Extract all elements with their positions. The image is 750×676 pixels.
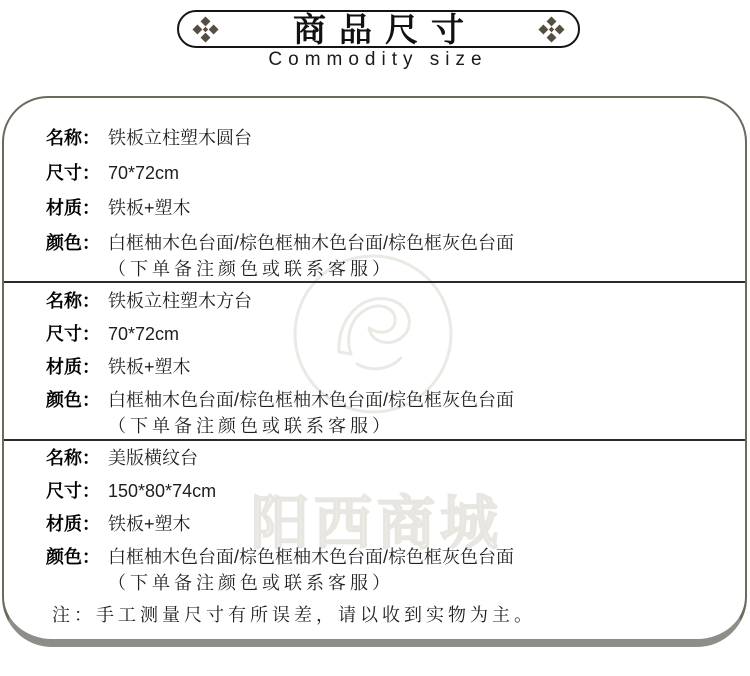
spec-row-name: 名称： 铁板立柱塑木方台 bbox=[46, 289, 727, 314]
color-note: （下单备注颜色或联系客服） bbox=[108, 414, 514, 439]
spec-row-material: 材质： 铁板+塑木 bbox=[46, 355, 727, 380]
spec-label: 颜色： bbox=[46, 231, 108, 256]
spec-section-3: 名称： 美版横纹台 尺寸： 150*80*74cm 材质： 铁板+塑木 颜色： … bbox=[4, 441, 745, 596]
spec-row-color: 颜色： 白框柚木色台面/棕色框柚木色台面/棕色框灰色台面 （下单备注颜色或联系客… bbox=[46, 231, 727, 282]
header-pill: 商品尺寸 bbox=[177, 10, 580, 48]
spec-label: 名称： bbox=[46, 126, 108, 151]
spec-row-size: 尺寸： 150*80*74cm bbox=[46, 479, 727, 504]
spec-value: 铁板+塑木 bbox=[108, 196, 191, 221]
spec-row-color: 颜色： 白框柚木色台面/棕色框柚木色台面/棕色框灰色台面 （下单备注颜色或联系客… bbox=[46, 388, 727, 439]
spec-value-group: 白框柚木色台面/棕色框柚木色台面/棕色框灰色台面 （下单备注颜色或联系客服） bbox=[108, 545, 514, 596]
spec-value: 150*80*74cm bbox=[108, 479, 216, 504]
spec-panel: 阳西商城 名称： 铁板立柱塑木圆台 尺寸： 70*72cm 材质： 铁板+塑木 … bbox=[2, 96, 747, 647]
spec-label: 材质： bbox=[46, 512, 108, 537]
spec-section-2: 名称： 铁板立柱塑木方台 尺寸： 70*72cm 材质： 铁板+塑木 颜色： 白… bbox=[4, 283, 745, 439]
spec-value-group: 白框柚木色台面/棕色框柚木色台面/棕色框灰色台面 （下单备注颜色或联系客服） bbox=[108, 231, 514, 282]
spec-value: 白框柚木色台面/棕色框柚木色台面/棕色框灰色台面 bbox=[108, 388, 514, 413]
diamond-cluster-icon bbox=[192, 16, 219, 43]
spec-row-color: 颜色： 白框柚木色台面/棕色框柚木色台面/棕色框灰色台面 （下单备注颜色或联系客… bbox=[46, 545, 727, 596]
spec-value: 铁板+塑木 bbox=[108, 512, 191, 537]
spec-label: 材质： bbox=[46, 196, 108, 221]
color-note: （下单备注颜色或联系客服） bbox=[108, 257, 514, 282]
spec-row-material: 材质： 铁板+塑木 bbox=[46, 196, 727, 221]
spec-value: 铁板+塑木 bbox=[108, 355, 191, 380]
spec-label: 颜色： bbox=[46, 545, 108, 570]
diamond-cluster-icon bbox=[538, 16, 565, 43]
spec-value: 70*72cm bbox=[108, 322, 179, 347]
spec-row-size: 尺寸： 70*72cm bbox=[46, 322, 727, 347]
spec-section-1: 名称： 铁板立柱塑木圆台 尺寸： 70*72cm 材质： 铁板+塑木 颜色： 白… bbox=[4, 98, 745, 281]
spec-value: 白框柚木色台面/棕色框柚木色台面/棕色框灰色台面 bbox=[108, 231, 514, 256]
spec-row-material: 材质： 铁板+塑木 bbox=[46, 512, 727, 537]
color-note: （下单备注颜色或联系客服） bbox=[108, 571, 514, 596]
spec-label: 尺寸： bbox=[46, 322, 108, 347]
spec-label: 尺寸： bbox=[46, 161, 108, 186]
spec-value: 铁板立柱塑木圆台 bbox=[108, 126, 252, 151]
spec-value-group: 白框柚木色台面/棕色框柚木色台面/棕色框灰色台面 （下单备注颜色或联系客服） bbox=[108, 388, 514, 439]
footer-note: 注：手工测量尺寸有所误差，请以收到实物为主。 bbox=[4, 596, 745, 628]
spec-value: 白框柚木色台面/棕色框柚木色台面/棕色框灰色台面 bbox=[108, 545, 514, 570]
spec-label: 材质： bbox=[46, 355, 108, 380]
spec-value: 美版横纹台 bbox=[108, 446, 198, 471]
spec-row-name: 名称： 美版横纹台 bbox=[46, 446, 727, 471]
spec-value: 铁板立柱塑木方台 bbox=[108, 289, 252, 314]
spec-label: 尺寸： bbox=[46, 479, 108, 504]
spec-value: 70*72cm bbox=[108, 161, 179, 186]
spec-label: 颜色： bbox=[46, 388, 108, 413]
spec-label: 名称： bbox=[46, 446, 108, 471]
product-size-sheet: 商品尺寸 Commodity size 阳西商城 名称： 铁板立柱塑木圆台 bbox=[0, 0, 750, 676]
page-title: 商品尺寸 bbox=[179, 9, 578, 51]
spec-label: 名称： bbox=[46, 289, 108, 314]
spec-row-size: 尺寸： 70*72cm bbox=[46, 161, 727, 186]
spec-row-name: 名称： 铁板立柱塑木圆台 bbox=[46, 126, 727, 151]
page-subtitle: Commodity size bbox=[0, 49, 750, 71]
